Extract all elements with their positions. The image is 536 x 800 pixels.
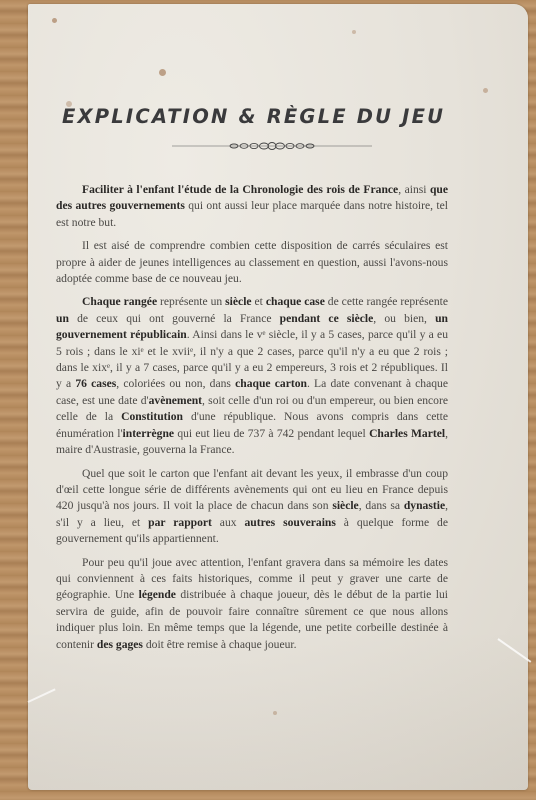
emphasized-text: autres souverains (244, 516, 335, 529)
emphasized-text: avènement (149, 394, 202, 407)
emphasized-text: interrègne (123, 427, 175, 440)
emphasized-text: 76 cases (75, 377, 116, 390)
emphasized-text: Constitution (121, 410, 183, 423)
document-body: Faciliter à l'enfant l'étude de la Chron… (56, 182, 448, 660)
emphasized-text: siècle (225, 295, 251, 308)
paragraph-legende-gages: Pour peu qu'il joue avec attention, l'en… (56, 555, 448, 653)
emphasized-text: Faciliter à l'enfant l'étude de la Chron… (82, 183, 398, 196)
paper-crease (497, 638, 531, 663)
foxing-spot (52, 18, 57, 23)
text-run: , coloriées ou non, dans (116, 377, 235, 390)
emphasized-text: Chaque rangée (82, 295, 157, 308)
emphasized-text: par rapport (148, 516, 212, 529)
emphasized-text: pendant ce siècle (280, 312, 374, 325)
text-run: de cette rangée représente (325, 295, 448, 308)
emphasized-text: légende (139, 588, 176, 601)
text-run: doit être remise à chaque joueur. (143, 638, 297, 651)
emphasized-text: siècle (332, 499, 358, 512)
paragraph-rangees-cases: Chaque rangée représente un siècle et ch… (56, 294, 448, 458)
text-run: représente un (157, 295, 225, 308)
paper-crease (28, 688, 56, 702)
text-run: , dans sa (359, 499, 404, 512)
foxing-spot (159, 69, 166, 76)
page-title: EXPLICATION & RÈGLE DU JEU (62, 105, 442, 128)
text-run: et (252, 295, 266, 308)
emphasized-text: dynastie (404, 499, 445, 512)
foxing-spot (483, 88, 488, 93)
foxing-spot (273, 711, 277, 715)
paragraph-intro: Faciliter à l'enfant l'étude de la Chron… (56, 182, 448, 231)
text-run: Il est aisé de comprendre combien cette … (56, 239, 448, 285)
paragraph-disposition: Il est aisé de comprendre combien cette … (56, 238, 448, 287)
text-run: qui eut lieu de 737 à 742 pendant lequel (174, 427, 369, 440)
emphasized-text: des gages (97, 638, 143, 651)
emphasized-text: chaque case (266, 295, 325, 308)
emphasized-text: Charles Martel (369, 427, 445, 440)
emphasized-text: chaque carton (235, 377, 307, 390)
text-run: , ainsi (398, 183, 430, 196)
text-run: aux (212, 516, 245, 529)
decorative-rule-ornament-icon (172, 140, 372, 152)
emphasized-text: un (56, 312, 69, 325)
paragraph-carton: Quel que soit le carton que l'enfant ait… (56, 466, 448, 548)
text-run: , ou bien, (373, 312, 435, 325)
foxing-spot (352, 30, 356, 34)
text-run: de ceux qui ont gouverné la France (69, 312, 280, 325)
